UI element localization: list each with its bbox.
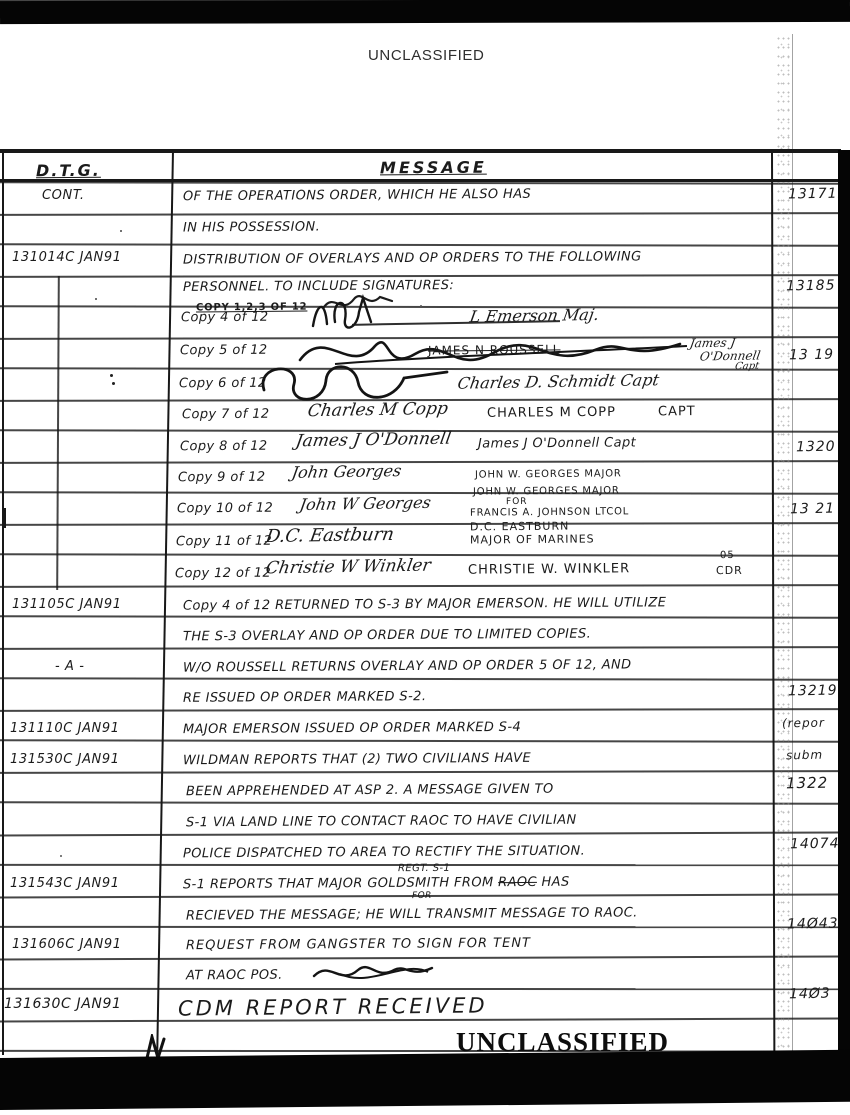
signature-script: John Georges bbox=[290, 461, 403, 482]
margin-dtg: 13219 bbox=[788, 683, 838, 700]
message-line: RECIEVED THE MESSAGE; HE WILL TRANSMIT M… bbox=[186, 905, 638, 923]
margin-dtg: 1320 bbox=[796, 439, 836, 456]
signer-name: JOHN W. GEORGES MAJOR bbox=[475, 468, 622, 480]
message-line: DISTRIBUTION OF OVERLAYS AND OP ORDERS T… bbox=[183, 249, 642, 267]
dtg-entry: 131606C JAN91 bbox=[12, 937, 122, 952]
message-line: THE S-3 OVERLAY AND OP ORDER DUE TO LIMI… bbox=[183, 627, 591, 645]
table-row-line bbox=[0, 460, 841, 464]
copy-line-label: Copy 9 of 12 bbox=[178, 470, 266, 486]
copy-line-label: Copy 12 of 12 bbox=[175, 566, 271, 582]
signed-for-word: FOR bbox=[506, 497, 528, 507]
message-line: OF THE OPERATIONS ORDER, WHICH HE ALSO H… bbox=[183, 187, 531, 204]
table-row-line bbox=[0, 708, 841, 712]
stray-dot bbox=[112, 382, 115, 385]
dtg-message-divider bbox=[156, 150, 174, 1053]
dtg-entry: 131630C JAN91 bbox=[4, 996, 121, 1012]
signer-name: L Emerson Maj. bbox=[468, 305, 600, 326]
dtg-entry: 131014C JAN91 bbox=[12, 250, 122, 265]
dtg-entry: - A - bbox=[55, 659, 85, 674]
signature-script: Christie W Winkler bbox=[264, 556, 432, 579]
stray-dot bbox=[110, 374, 113, 377]
dtg-subcolumn-line bbox=[56, 276, 60, 590]
correction-below: FOR bbox=[412, 891, 432, 901]
signer-grade: 05 bbox=[720, 550, 735, 561]
dtg-entry: 131105C JAN91 bbox=[12, 597, 122, 612]
signer-name: D.C. EASTBURN bbox=[470, 520, 569, 534]
table-top-border bbox=[0, 149, 841, 153]
table-row-line bbox=[0, 522, 841, 526]
margin-dtg: 14074 bbox=[790, 836, 840, 853]
table-row-line bbox=[0, 801, 841, 804]
table-row-line bbox=[0, 584, 841, 588]
table-row-line bbox=[0, 615, 841, 618]
message-line: AT RAOC POS. bbox=[186, 968, 283, 984]
message-line: POLICE DISPATCHED TO AREA TO RECTIFY THE… bbox=[183, 844, 585, 862]
copy-line-label: Copy 11 of 12 bbox=[176, 534, 272, 550]
table-row-line bbox=[0, 646, 841, 650]
table-row-line bbox=[0, 988, 841, 990]
message-line: PERSONNEL. TO INCLUDE SIGNATURES: bbox=[183, 278, 454, 295]
signature-script: Charles M Copp bbox=[306, 399, 449, 421]
dtg-entry: 131110C JAN91 bbox=[10, 721, 120, 736]
message-line: RE ISSUED OP ORDER MARKED S-2. bbox=[183, 689, 426, 706]
scan-black-band-right bbox=[838, 150, 850, 1065]
copy-line-label: Copy 10 of 12 bbox=[177, 501, 273, 517]
dtg-entry: 131530C JAN91 bbox=[10, 752, 120, 767]
signer-name: JOHN W. GEORGES MAJOR bbox=[473, 485, 620, 497]
signer-rank: CAPT bbox=[658, 404, 696, 419]
margin-dtg: 13 21 bbox=[790, 501, 835, 518]
signature-scrawl bbox=[305, 294, 375, 332]
table-row-line bbox=[0, 677, 841, 680]
margin-note: (repor bbox=[782, 716, 825, 731]
signature-script: John W Georges bbox=[298, 493, 432, 514]
margin-dtg: 13185 bbox=[786, 278, 836, 295]
dtg-entry: CONT. bbox=[42, 188, 85, 203]
margin-dtg: 1322 bbox=[786, 774, 828, 793]
margin-dtg: 13 19 bbox=[789, 347, 834, 364]
message-line: WILDMAN REPORTS THAT (2) TWO CIVILIANS H… bbox=[183, 751, 531, 768]
correction-above: REGT. S-1 bbox=[398, 863, 450, 874]
table-row-line bbox=[0, 926, 841, 928]
signer-name: FRANCIS A. JOHNSON LTCOL bbox=[470, 506, 629, 518]
scan-black-band-bottom bbox=[0, 1050, 850, 1110]
signer-rank: Capt bbox=[734, 361, 760, 372]
message-line: S-1 VIA LAND LINE TO CONTACT RAOC TO HAV… bbox=[186, 813, 577, 831]
message-line: CDM REPORT RECEIVED bbox=[178, 993, 488, 1020]
table-row-line bbox=[0, 832, 841, 837]
table-row-line bbox=[0, 739, 841, 742]
stray-dot bbox=[420, 305, 422, 307]
stray-dot bbox=[120, 230, 122, 232]
copy-line-label: Copy 7 of 12 bbox=[182, 407, 270, 423]
copy-line-label: Copy 5 of 12 bbox=[180, 343, 268, 359]
header-underline bbox=[0, 179, 841, 182]
stray-dot bbox=[95, 298, 97, 300]
column-header-message: MESSAGE bbox=[380, 158, 487, 178]
scan-black-band-top bbox=[0, 0, 850, 24]
copy-line-label: Copy 4 of 12 bbox=[181, 310, 269, 326]
table-row-line bbox=[0, 212, 841, 216]
signer-rank: CDR bbox=[716, 564, 743, 577]
message-line: Copy 4 of 12 RETURNED TO S-3 BY MAJOR EM… bbox=[183, 595, 666, 613]
message-line: IN HIS POSSESSION. bbox=[183, 220, 320, 236]
signature-script: James J O'Donnell bbox=[294, 429, 452, 452]
copy-line-label: Copy 8 of 12 bbox=[180, 439, 268, 455]
signer-name: CHARLES M COPP bbox=[487, 405, 616, 421]
signature-loops bbox=[252, 362, 452, 402]
dtg-entry: 131543C JAN91 bbox=[10, 876, 120, 891]
message-margin-divider bbox=[771, 150, 775, 1055]
signature-scrawl bbox=[310, 958, 440, 986]
column-header-dtg: D.T.G. bbox=[36, 161, 101, 180]
message-line-composite: S-1 REPORTS THAT MAJOR GOLDSMITH FROM RA… bbox=[183, 875, 570, 893]
signature-script: D.C. Eastburn bbox=[264, 524, 395, 547]
signer-name: MAJOR OF MARINES bbox=[470, 532, 595, 546]
table-row-line bbox=[0, 770, 841, 774]
message-line: BEEN APPREHENDED AT ASP 2. A MESSAGE GIV… bbox=[186, 782, 554, 800]
stray-dot bbox=[60, 855, 62, 857]
signer-name: Charles D. Schmidt Capt bbox=[456, 370, 660, 393]
message-line: MAJOR EMERSON ISSUED OP ORDER MARKED S-4 bbox=[183, 720, 521, 737]
table-left-border bbox=[2, 150, 4, 1055]
margin-note: subm bbox=[786, 748, 823, 763]
table-row-line bbox=[0, 243, 841, 246]
stray-tick-mark bbox=[3, 508, 6, 528]
scanned-log-page: UNCLASSIFIED D.T.G. MESSAGE CONT. 131014… bbox=[0, 0, 850, 1115]
margin-dtg: 14Ø43 bbox=[787, 916, 839, 933]
table-row-line bbox=[0, 1018, 841, 1023]
struck-word: RAOC bbox=[498, 875, 537, 890]
signer-name-struck: JAMES N ROUSSELL bbox=[428, 342, 561, 357]
message-text: S-1 REPORTS THAT MAJOR GOLDSMITH FROM bbox=[183, 875, 498, 892]
signer-name: CHRISTIE W. WINKLER bbox=[468, 561, 630, 577]
message-text: HAS bbox=[537, 875, 570, 890]
message-line: W/O ROUSSELL RETURNS OVERLAY AND OP ORDE… bbox=[183, 657, 632, 675]
signer-name: James J O'Donnell Capt bbox=[478, 435, 636, 451]
classification-top: UNCLASSIFIED bbox=[368, 47, 484, 64]
message-line: REQUEST FROM GANGSTER TO SIGN FOR TENT bbox=[186, 936, 531, 953]
margin-dtg: 14Ø3 bbox=[789, 986, 831, 1003]
